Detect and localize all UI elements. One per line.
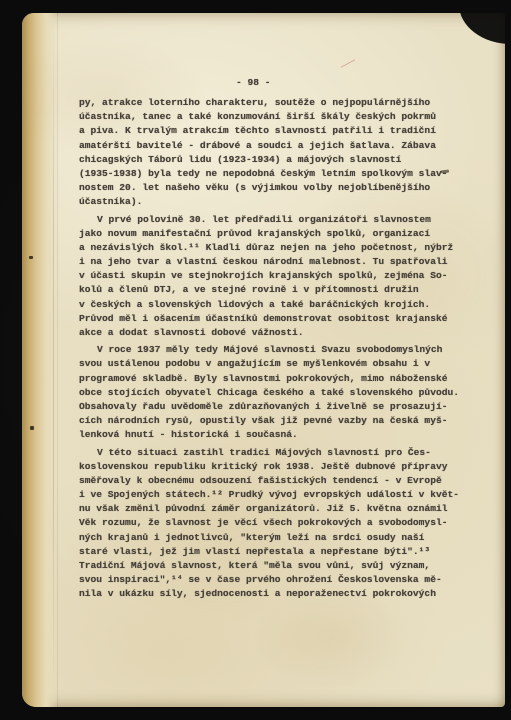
text-line: staré vlasti, jež jim vlastí nepřestala … [79,545,479,559]
text-line: a piva. K trvalým atrakcím těchto slavno… [79,124,479,138]
text-line: Průvod měl i ošacením účastníků demonstr… [79,312,479,326]
page-fore-edge [22,13,58,707]
text-line: ných krajanů i jednotlivců, "kterým leží… [79,531,479,545]
text-line: účastníka, tanec a také konzumování širš… [79,110,479,124]
text-line: lenková hnutí - historická i současná. [79,428,479,442]
text-line: V této situaci zastihl tradici Májových … [79,446,479,460]
typewritten-text: py, atrakce loterního charakteru, soutěž… [79,96,479,602]
text-line: Tradiční Májová slavnost, která "měla sv… [79,559,479,573]
text-line: V prvé polovině 30. let předřadili organ… [79,213,479,227]
text-line: a nezávislých škol.¹¹ Kladli důraz nejen… [79,241,479,255]
text-line: cích národních rysů, opustily však již p… [79,414,479,428]
paper-scratch [341,59,356,67]
text-line: účastníka). [79,195,479,209]
paragraph: V roce 1937 měly tedy Májové slavnosti S… [79,343,479,442]
text-line: jako novum manifestační průvod krajanský… [79,227,479,241]
text-line: i na jeho tvar a vlastní českou národní … [79,255,479,269]
text-line: amatérští bavitelé - drábové a soudci a … [79,139,479,153]
text-line: nostem 20. let našeho věku (s výjimkou v… [79,181,479,195]
text-line: v účasti skupin ve stejnokrojích krajans… [79,269,479,283]
text-line: (1935-1938) byla tedy ne nepodobná český… [79,167,479,181]
text-line: nu však změnil původní záměr organizátor… [79,502,479,516]
text-line: svou ustálenou podobu v angažujícím se m… [79,357,479,371]
ink-speck [30,426,34,430]
page-number: - 98 - [236,76,271,90]
text-line: V roce 1937 měly tedy Májové slavnosti S… [79,343,479,357]
paragraph: V prvé polovině 30. let předřadili organ… [79,213,479,341]
paragraph: py, atrakce loterního charakteru, soutěž… [79,96,479,210]
text-line: chicagských Táborů lidu (1923-1934) a má… [79,153,479,167]
book-page: - 98 - py, atrakce loterního charakteru,… [22,13,505,707]
text-line: Obsahovaly řadu uvědoměle zdůrazňovaných… [79,400,479,414]
paragraph: V této situaci zastihl tradici Májových … [79,446,479,602]
text-line: nila v ukázku síly, sjednocenosti a nepo… [79,587,479,601]
text-line: svou inspiraci",¹⁴ se v čase prvého ohro… [79,573,479,587]
text-line: Věk rozumu, že slavnost je věcí všech po… [79,516,479,530]
text-line: programové skladbě. Byly slavnostmi pokr… [79,372,479,386]
text-line: kolů a členů DTJ, a ve stejné rovině i v… [79,283,479,297]
text-line: py, atrakce loterního charakteru, soutěž… [79,96,479,110]
ink-speck [29,256,33,259]
text-line: obce stojících obyvatel Chicaga českého … [79,386,479,400]
text-line: akce a dodat slavnosti dobové vážnosti. [79,326,479,340]
text-line: v českých a slovenských lidových a také … [79,298,479,312]
scanner-background: - 98 - py, atrakce loterního charakteru,… [0,0,511,720]
text-line: koslovenskou republiku kritický rok 1938… [79,460,479,474]
text-line: směřovaly k obecnému odsouzení fašistick… [79,474,479,488]
text-line: i ve Spojených státech.¹² Prudký vývoj e… [79,488,479,502]
